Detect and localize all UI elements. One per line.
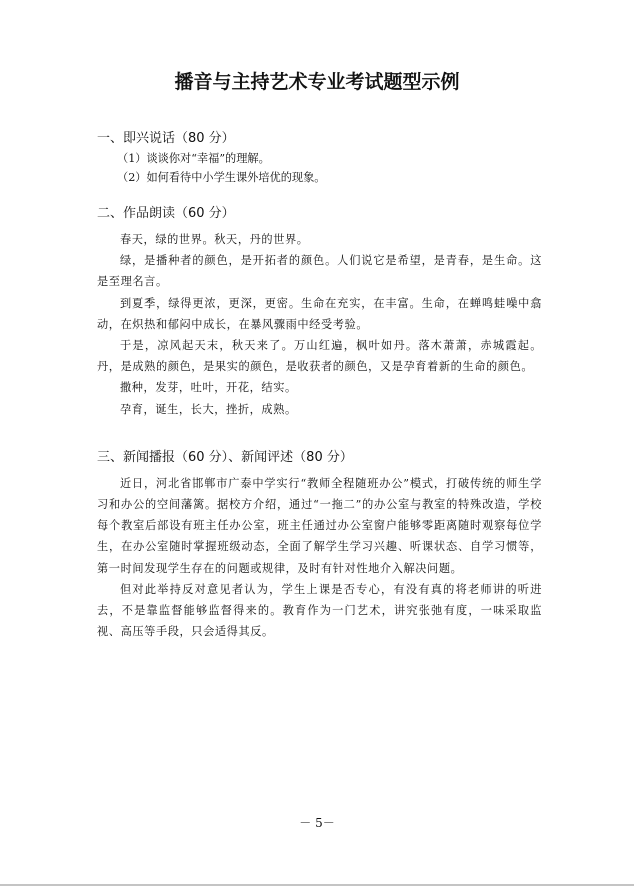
paragraph: 但对此举持反对意见者认为，学生上课是否专心，有没有真的将老师讲的听进去，不是靠监… xyxy=(97,579,542,643)
section-heading: 二、作品朗读（60 分） xyxy=(97,204,542,224)
paragraph: 于是，凉风起天末，秋天来了。万山红遍，枫叶如丹。落木萧萧，赤城霞起。丹，是成熟的… xyxy=(97,335,542,377)
section-work-reading: 二、作品朗读（60 分） 春天，绿的世界。秋天，丹的世界。 绿，是播种者的颜色，… xyxy=(97,204,542,420)
paragraph: 绿，是播种者的颜色，是开拓者的颜色。人们说它是希望，是青春，是生命。这是至理名言… xyxy=(97,250,542,292)
paragraph: 孕育，诞生，长大，挫折，成熟。 xyxy=(97,399,542,420)
question-item: （1）谈谈你对“幸福”的理解。 xyxy=(97,149,542,168)
document-body: 一、即兴说话（80 分） （1）谈谈你对“幸福”的理解。 （2）如何看待中小学生… xyxy=(97,129,542,642)
section-heading: 一、即兴说话（80 分） xyxy=(97,129,542,149)
question-item: （2）如何看待中小学生课外培优的现象。 xyxy=(97,168,542,187)
document-page: 播音与主持艺术专业考试题型示例 一、即兴说话（80 分） （1）谈谈你对“幸福”… xyxy=(0,0,634,884)
page-number: － 5－ xyxy=(0,815,634,831)
section-heading: 三、新闻播报（60 分）、新闻评述（80 分） xyxy=(97,448,542,468)
paragraph: 到夏季，绿得更浓，更深，更密。生命在充实，在丰富。生命，在蝉鸣蛙噪中翕动，在炽热… xyxy=(97,293,542,335)
paragraph: 春天，绿的世界。秋天，丹的世界。 xyxy=(97,229,542,250)
paragraph: 近日，河北省邯郸市广泰中学实行“教师全程随班办公”模式，打破传统的师生学习和办公… xyxy=(97,473,542,579)
section-news-broadcast: 三、新闻播报（60 分）、新闻评述（80 分） 近日，河北省邯郸市广泰中学实行“… xyxy=(97,448,542,643)
document-title: 播音与主持艺术专业考试题型示例 xyxy=(0,68,634,96)
section-impromptu-speech: 一、即兴说话（80 分） （1）谈谈你对“幸福”的理解。 （2）如何看待中小学生… xyxy=(97,129,542,187)
paragraph: 撒种，发芽，吐叶，开花，结实。 xyxy=(97,377,542,398)
